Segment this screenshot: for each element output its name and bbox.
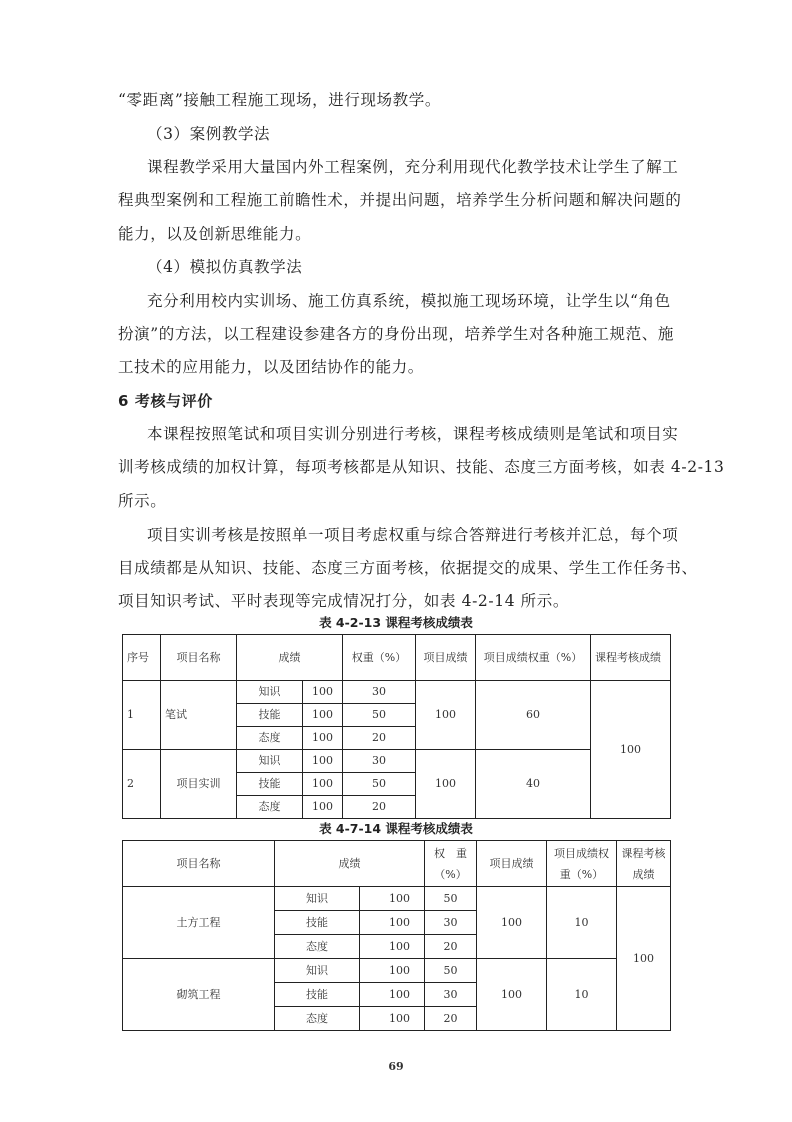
paragraph-line: 程典型案例和工程施工前瞻性术，并提出问题，培养学生分析问题和解决问题的 bbox=[118, 190, 680, 210]
table1-caption: 表 4-2-13 课程考核成绩表 bbox=[0, 615, 792, 631]
paragraph-line: 项目知识考试、平时表现等完成情况打分，如表 4-2-14 所示。 bbox=[118, 591, 680, 611]
paragraph-line: 工技术的应用能力，以及团结协作的能力。 bbox=[118, 357, 680, 377]
cell-score: 100 bbox=[303, 727, 343, 750]
cell-score: 100 bbox=[303, 750, 343, 773]
cell-seq: 1 bbox=[123, 681, 161, 750]
cell-course-total: 100 bbox=[591, 681, 671, 819]
header-weight: 权 重（%） bbox=[425, 841, 477, 887]
paragraph-line: 本课程按照笔试和项目实训分别进行考核，课程考核成绩则是笔试和项目实 bbox=[147, 424, 709, 444]
cell-aspect: 技能 bbox=[237, 704, 303, 727]
cell-aspect: 知识 bbox=[275, 959, 360, 983]
header-score: 成绩 bbox=[275, 841, 425, 887]
cell-weight: 50 bbox=[343, 704, 416, 727]
table-header-row: 序号 项目名称 成绩 权重（%） 项目成绩 项目成绩权重（%） 课程考核成绩 bbox=[123, 635, 671, 681]
paragraph-line: 能力，以及创新思维能力。 bbox=[118, 224, 680, 244]
cell-item-score: 100 bbox=[477, 959, 547, 1031]
cell-weight: 50 bbox=[425, 887, 477, 911]
header-seq: 序号 bbox=[123, 635, 161, 681]
cell-name: 笔试 bbox=[161, 681, 237, 750]
cell-aspect: 知识 bbox=[237, 681, 303, 704]
cell-score: 100 bbox=[360, 1007, 425, 1031]
subheading-case-teaching: （3）案例教学法 bbox=[147, 124, 709, 144]
cell-item-score: 100 bbox=[416, 750, 476, 819]
cell-score: 100 bbox=[360, 959, 425, 983]
cell-aspect: 技能 bbox=[237, 773, 303, 796]
cell-item-weight: 10 bbox=[547, 887, 617, 959]
cell-weight: 30 bbox=[343, 750, 416, 773]
table-row: 1 笔试 知识 100 30 100 60 100 bbox=[123, 681, 671, 704]
header-course-score: 课程考核成绩 bbox=[591, 635, 671, 681]
cell-aspect: 态度 bbox=[275, 935, 360, 959]
cell-weight: 50 bbox=[425, 959, 477, 983]
cell-aspect: 技能 bbox=[275, 911, 360, 935]
table-row: 2 项目实训 知识 100 30 100 40 bbox=[123, 750, 671, 773]
page-number: 69 bbox=[0, 1060, 792, 1073]
cell-score: 100 bbox=[303, 796, 343, 819]
cell-aspect: 态度 bbox=[275, 1007, 360, 1031]
paragraph-line: 目成绩都是从知识、技能、态度三方面考核，依据提交的成果、学生工作任务书、 bbox=[118, 558, 680, 578]
table-header-row: 项目名称 成绩 权 重（%） 项目成绩 项目成绩权重（%） 课程考核成绩 bbox=[123, 841, 671, 887]
table1-grade-table: 序号 项目名称 成绩 权重（%） 项目成绩 项目成绩权重（%） 课程考核成绩 1… bbox=[122, 634, 671, 819]
cell-score: 100 bbox=[360, 911, 425, 935]
cell-weight: 30 bbox=[343, 681, 416, 704]
cell-item-weight: 10 bbox=[547, 959, 617, 1031]
paragraph-line: 所示。 bbox=[118, 491, 680, 511]
paragraph-line: 训考核成绩的加权计算，每项考核都是从知识、技能、态度三方面考核，如表 4-2-1… bbox=[118, 457, 680, 477]
cell-name: 项目实训 bbox=[161, 750, 237, 819]
cell-weight: 30 bbox=[425, 911, 477, 935]
header-item-weight: 项目成绩权重（%） bbox=[547, 841, 617, 887]
paragraph-line: 充分利用校内实训场、施工仿真系统，模拟施工现场环境，让学生以“角色 bbox=[147, 291, 709, 311]
cell-score: 100 bbox=[303, 704, 343, 727]
header-weight: 权重（%） bbox=[343, 635, 416, 681]
cell-score: 100 bbox=[360, 935, 425, 959]
cell-aspect: 态度 bbox=[237, 727, 303, 750]
cell-score: 100 bbox=[360, 983, 425, 1007]
cell-score: 100 bbox=[360, 887, 425, 911]
table-row: 砌筑工程 知识 100 50 100 10 bbox=[123, 959, 671, 983]
cell-aspect: 知识 bbox=[237, 750, 303, 773]
cell-course-total: 100 bbox=[617, 887, 671, 1031]
cell-item-score: 100 bbox=[477, 887, 547, 959]
header-score: 成绩 bbox=[237, 635, 343, 681]
cell-weight: 20 bbox=[425, 935, 477, 959]
cell-weight: 20 bbox=[343, 796, 416, 819]
cell-weight: 50 bbox=[343, 773, 416, 796]
header-name: 项目名称 bbox=[161, 635, 237, 681]
header-item-weight: 项目成绩权重（%） bbox=[476, 635, 591, 681]
cell-score: 100 bbox=[303, 681, 343, 704]
cell-aspect: 知识 bbox=[275, 887, 360, 911]
cell-aspect: 态度 bbox=[237, 796, 303, 819]
table-row: 土方工程 知识 100 50 100 10 100 bbox=[123, 887, 671, 911]
header-item-score: 项目成绩 bbox=[416, 635, 476, 681]
cell-item-weight: 40 bbox=[476, 750, 591, 819]
cell-aspect: 技能 bbox=[275, 983, 360, 1007]
header-course-score: 课程考核成绩 bbox=[617, 841, 671, 887]
paragraph-line: 扮演”的方法，以工程建设参建各方的身份出现，培养学生对各种施工规范、施 bbox=[118, 324, 680, 344]
paragraph-line: 项目实训考核是按照单一项目考虑权重与综合答辩进行考核并汇总，每个项 bbox=[147, 525, 709, 545]
cell-item-weight: 60 bbox=[476, 681, 591, 750]
header-item-score: 项目成绩 bbox=[477, 841, 547, 887]
cell-name: 砌筑工程 bbox=[123, 959, 275, 1031]
header-name: 项目名称 bbox=[123, 841, 275, 887]
cell-name: 土方工程 bbox=[123, 887, 275, 959]
paragraph-line: 课程教学采用大量国内外工程案例，充分利用现代化教学技术让学生了解工 bbox=[147, 157, 709, 177]
section-heading: 6 考核与评价 bbox=[118, 391, 680, 411]
table2-caption: 表 4-7-14 课程考核成绩表 bbox=[0, 821, 792, 837]
cell-score: 100 bbox=[303, 773, 343, 796]
cell-seq: 2 bbox=[123, 750, 161, 819]
subheading-simulation-teaching: （4）模拟仿真教学法 bbox=[147, 257, 709, 277]
cell-weight: 20 bbox=[343, 727, 416, 750]
table2-grade-table: 项目名称 成绩 权 重（%） 项目成绩 项目成绩权重（%） 课程考核成绩 土方工… bbox=[122, 840, 671, 1031]
paragraph-line: “零距离”接触工程施工现场，进行现场教学。 bbox=[118, 90, 680, 110]
cell-weight: 20 bbox=[425, 1007, 477, 1031]
cell-item-score: 100 bbox=[416, 681, 476, 750]
cell-weight: 30 bbox=[425, 983, 477, 1007]
